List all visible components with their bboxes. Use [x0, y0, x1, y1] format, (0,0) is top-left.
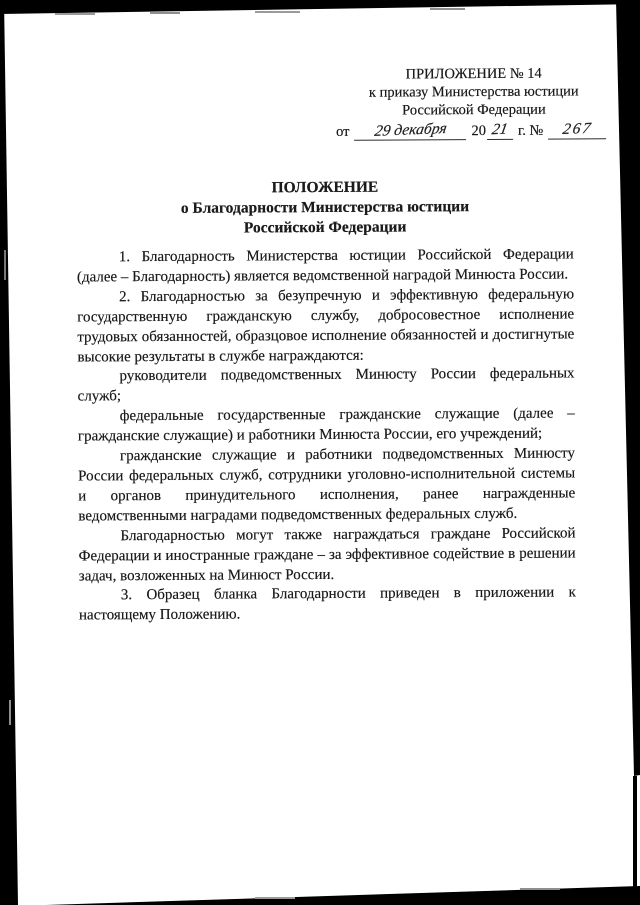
- paragraph: 2. Благодарностью за безупречную и эффек…: [77, 285, 574, 368]
- date-century: 20: [471, 122, 486, 140]
- appendix-line-2: к приказу Министерства юстиции: [336, 82, 612, 102]
- paragraph: Благодарностью могут также награждаться …: [78, 524, 575, 587]
- handwritten-year: 21: [491, 122, 509, 138]
- document-title: ПОЛОЖЕНИЕ о Благодарности Министерства ю…: [76, 176, 573, 239]
- handwritten-day-month: 29 декабря: [373, 121, 447, 139]
- paragraph: руководители подведомственных Минюсту Ро…: [77, 365, 574, 408]
- page-content: ПРИЛОЖЕНИЕ № 14 к приказу Министерства ю…: [0, 0, 640, 905]
- paragraph: федеральные государственные гражданские …: [78, 405, 575, 448]
- paragraph: 1. Благодарность Министерства юстиции Ро…: [77, 245, 574, 288]
- appendix-header: ПРИЛОЖЕНИЕ № 14 к приказу Министерства ю…: [336, 64, 612, 141]
- year-underline: 21: [487, 122, 513, 140]
- paragraph: 3. Образец бланка Благодарности приведен…: [79, 584, 576, 627]
- document-title-line-3: Российской Федерации: [77, 216, 574, 239]
- appendix-line-3: Российской Федерации: [336, 100, 612, 120]
- date-prefix: от: [336, 123, 350, 141]
- scanned-page: ПРИЛОЖЕНИЕ № 14 к приказу Министерства ю…: [0, 0, 640, 905]
- document-body: 1. Благодарность Министерства юстиции Ро…: [77, 245, 576, 626]
- paragraph: гражданские служащие и работники подведо…: [78, 445, 575, 528]
- appendix-line-1: ПРИЛОЖЕНИЕ № 14: [336, 64, 612, 84]
- date-underline: 29 декабря: [354, 122, 466, 141]
- order-date-line: от 29 декабря 20 21 г. № 267: [336, 121, 612, 141]
- handwritten-number: 267: [561, 121, 593, 137]
- number-underline: 267: [548, 121, 606, 139]
- date-suffix: г. №: [518, 122, 544, 140]
